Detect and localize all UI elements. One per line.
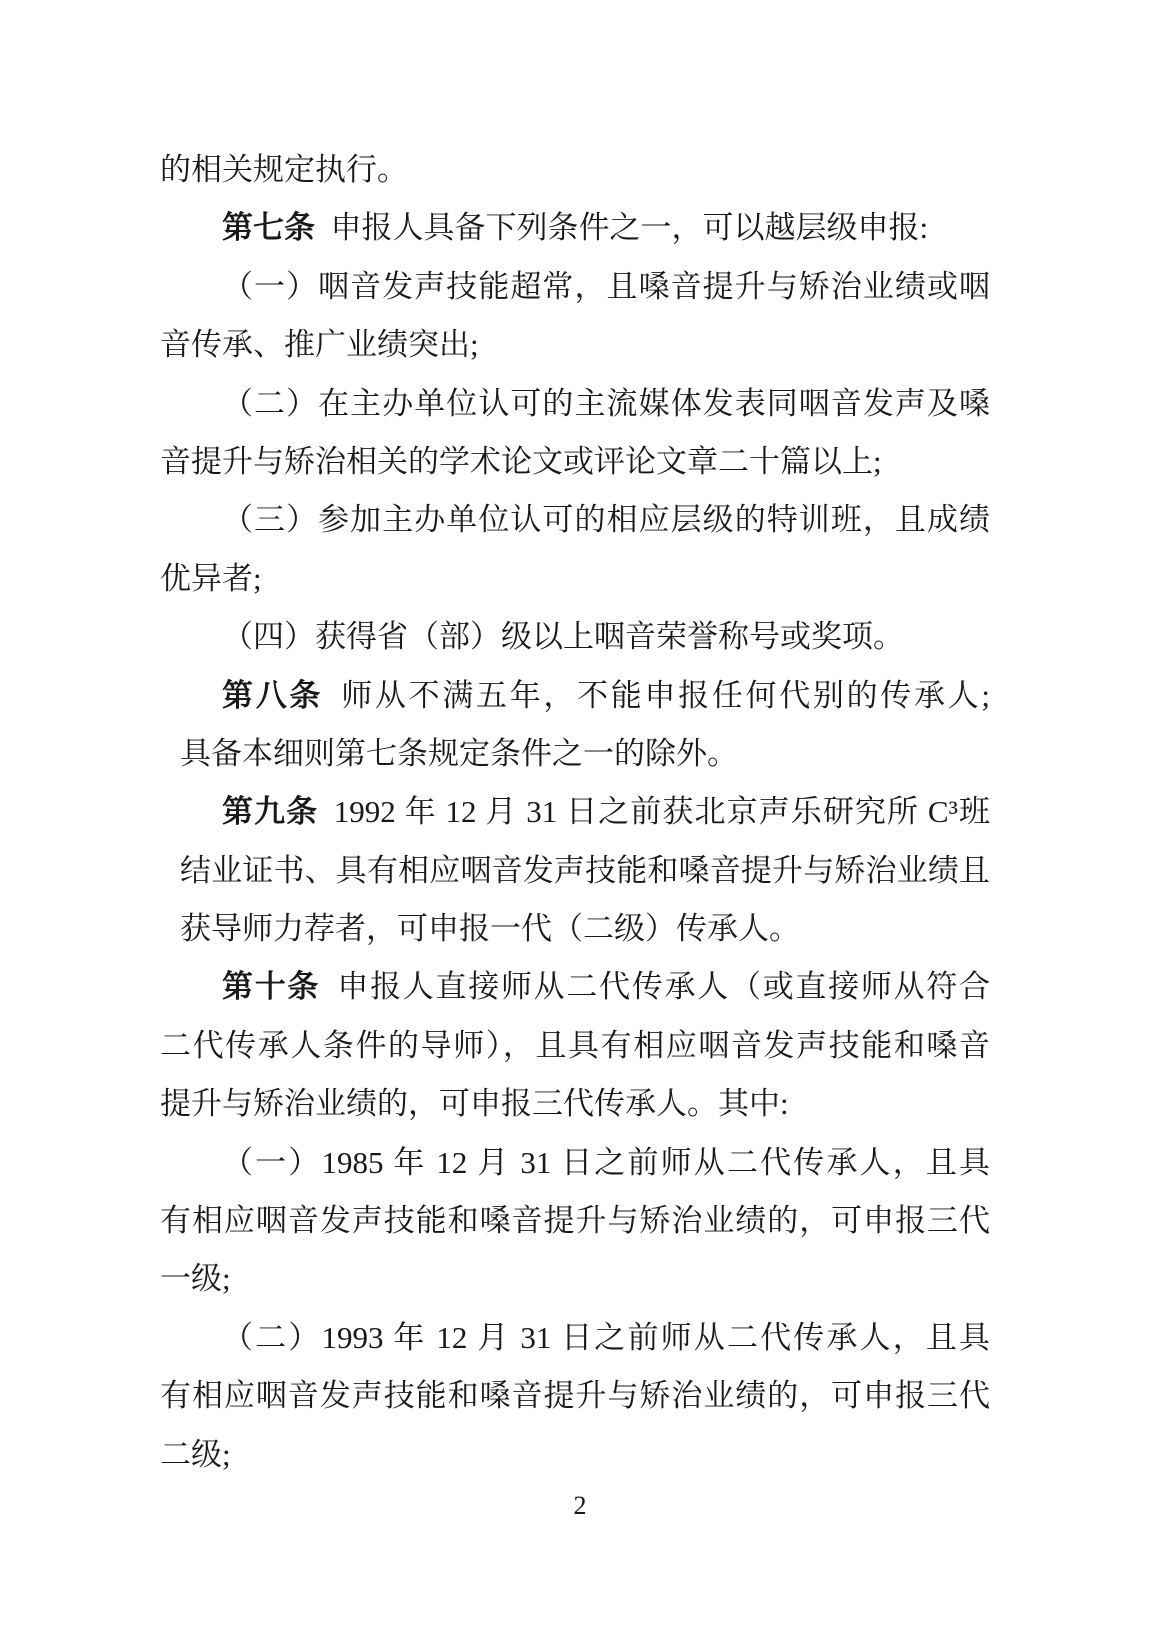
- text-line: 二代传承人条件的导师），且具有相应咽音发声技能和嗓音: [160, 1017, 990, 1075]
- text-line: 一级;: [160, 1250, 990, 1308]
- article-number-label: 第十条: [222, 969, 320, 1004]
- text-line: 的相关规定执行。: [160, 141, 990, 199]
- text-line: 获导师力荐者，可申报一代（二级）传承人。: [160, 900, 990, 958]
- text-line: （三）参加主办单位认可的相应层级的特训班，且成绩: [160, 491, 990, 549]
- page-number: 2: [0, 1492, 1160, 1520]
- text-line: （二）1993 年 12 月 31 日之前师从二代传承人，且具: [160, 1309, 990, 1367]
- article-number-label: 第九条: [222, 794, 318, 829]
- text-line: 结业证书、具有相应咽音发声技能和嗓音提升与矫治业绩且: [160, 842, 990, 900]
- article-number-label: 第八条: [222, 678, 323, 713]
- text-line: 第九条 1992 年 12 月 31 日之前获北京声乐研究所 C³班: [160, 783, 990, 841]
- text-line: 有相应咽音发声技能和嗓音提升与矫治业绩的，可申报三代: [160, 1367, 990, 1425]
- document-body: 的相关规定执行。第七条 申报人具备下列条件之一，可以越层级申报:（一）咽音发声技…: [160, 141, 990, 1484]
- text-line: 第七条 申报人具备下列条件之一，可以越层级申报:: [160, 199, 990, 257]
- text-line: 具备本细则第七条规定条件之一的除外。: [160, 725, 990, 783]
- article-number-label: 第七条: [222, 210, 315, 245]
- text-line: 音传承、推广业绩突出;: [160, 316, 990, 374]
- scanned-document-page: 的相关规定执行。第七条 申报人具备下列条件之一，可以越层级申报:（一）咽音发声技…: [0, 0, 1160, 1640]
- text-line: 第八条 师从不满五年，不能申报任何代别的传承人;: [160, 667, 990, 725]
- text-line: 第十条 申报人直接师从二代传承人（或直接师从符合: [160, 958, 990, 1016]
- text-line: （二）在主办单位认可的主流媒体发表同咽音发声及嗓: [160, 375, 990, 433]
- text-line: 提升与矫治业绩的，可申报三代传承人。其中:: [160, 1075, 990, 1133]
- text-line: 二级;: [160, 1426, 990, 1484]
- text-line: 有相应咽音发声技能和嗓音提升与矫治业绩的，可申报三代: [160, 1192, 990, 1250]
- text-line: （四）获得省（部）级以上咽音荣誉称号或奖项。: [160, 608, 990, 666]
- text-line: （一）1985 年 12 月 31 日之前师从二代传承人，且具: [160, 1134, 990, 1192]
- text-line: 音提升与矫治相关的学术论文或评论文章二十篇以上;: [160, 433, 990, 491]
- text-line: 优异者;: [160, 550, 990, 608]
- text-line: （一）咽音发声技能超常，且嗓音提升与矫治业绩或咽: [160, 258, 990, 316]
